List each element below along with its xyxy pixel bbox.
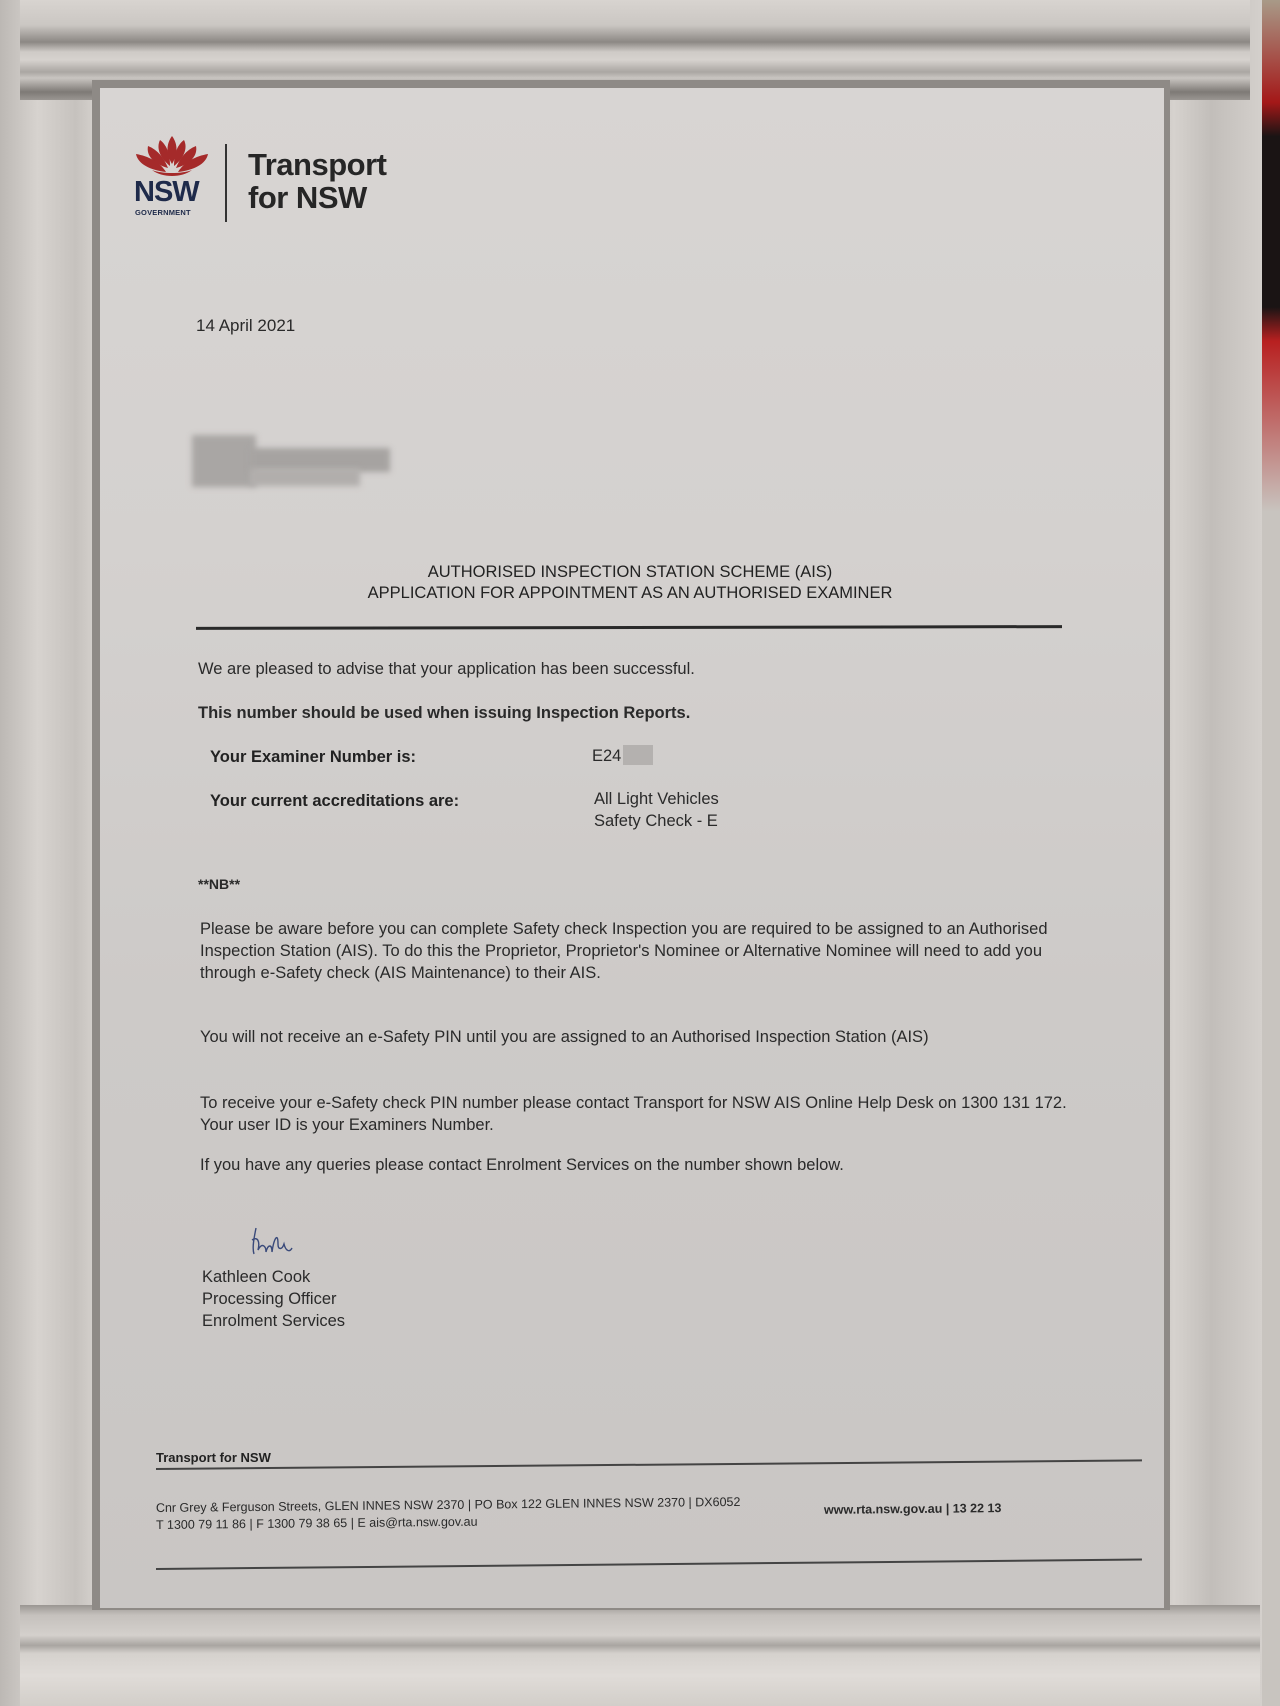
nb-label: **NB** <box>198 876 240 892</box>
letterhead-logo: NSW GOVERNMENT Transport for NSW <box>132 134 392 224</box>
government-logo-text: GOVERNMENT <box>135 208 191 217</box>
inspection-note: This number should be used when issuing … <box>198 704 690 723</box>
organisation-name: Transport for NSW <box>248 148 386 214</box>
letter-date: 14 April 2021 <box>196 316 295 336</box>
footer-divider-top <box>156 1459 1142 1470</box>
footer-website-phone: www.rta.nsw.gov.au | 13 22 13 <box>824 1501 1002 1517</box>
waratah-icon <box>132 134 212 180</box>
signatory-unit: Enrolment Services <box>202 1310 345 1332</box>
footer-organisation: Transport for NSW <box>156 1450 271 1465</box>
queries-paragraph: If you have any queries please contact E… <box>200 1154 1070 1176</box>
redacted-digits <box>623 745 653 765</box>
examiner-number-label: Your Examiner Number is: <box>210 748 416 767</box>
pin-paragraph: You will not receive an e-Safety PIN unt… <box>200 1026 1070 1048</box>
signatory-title: Processing Officer <box>202 1288 345 1310</box>
intro-text: We are pleased to advise that your appli… <box>198 660 695 679</box>
nb-paragraph: Please be aware before you can complete … <box>200 918 1070 984</box>
accreditations-list: All Light Vehicles Safety Check - E <box>594 788 719 832</box>
examiner-number-value: E24 <box>592 745 653 767</box>
signatory-block: Kathleen Cook Processing Officer Enrolme… <box>202 1266 345 1332</box>
footer-divider-bottom <box>156 1559 1142 1570</box>
letter-page: NSW GOVERNMENT Transport for NSW 14 Apri… <box>100 88 1164 1608</box>
helpdesk-paragraph: To receive your e-Safety check PIN numbe… <box>200 1092 1070 1136</box>
heading-divider <box>196 625 1062 630</box>
frame-bottom-moulding <box>20 1605 1260 1706</box>
nsw-logo-text: NSW <box>134 176 199 209</box>
letter-heading: AUTHORISED INSPECTION STATION SCHEME (AI… <box>250 562 1010 604</box>
footer-address: Cnr Grey & Ferguson Streets, GLEN INNES … <box>156 1494 741 1534</box>
accreditations-label: Your current accreditations are: <box>210 792 459 811</box>
signatory-name: Kathleen Cook <box>202 1266 345 1288</box>
signature-icon <box>248 1224 308 1258</box>
logo-divider <box>225 144 227 222</box>
